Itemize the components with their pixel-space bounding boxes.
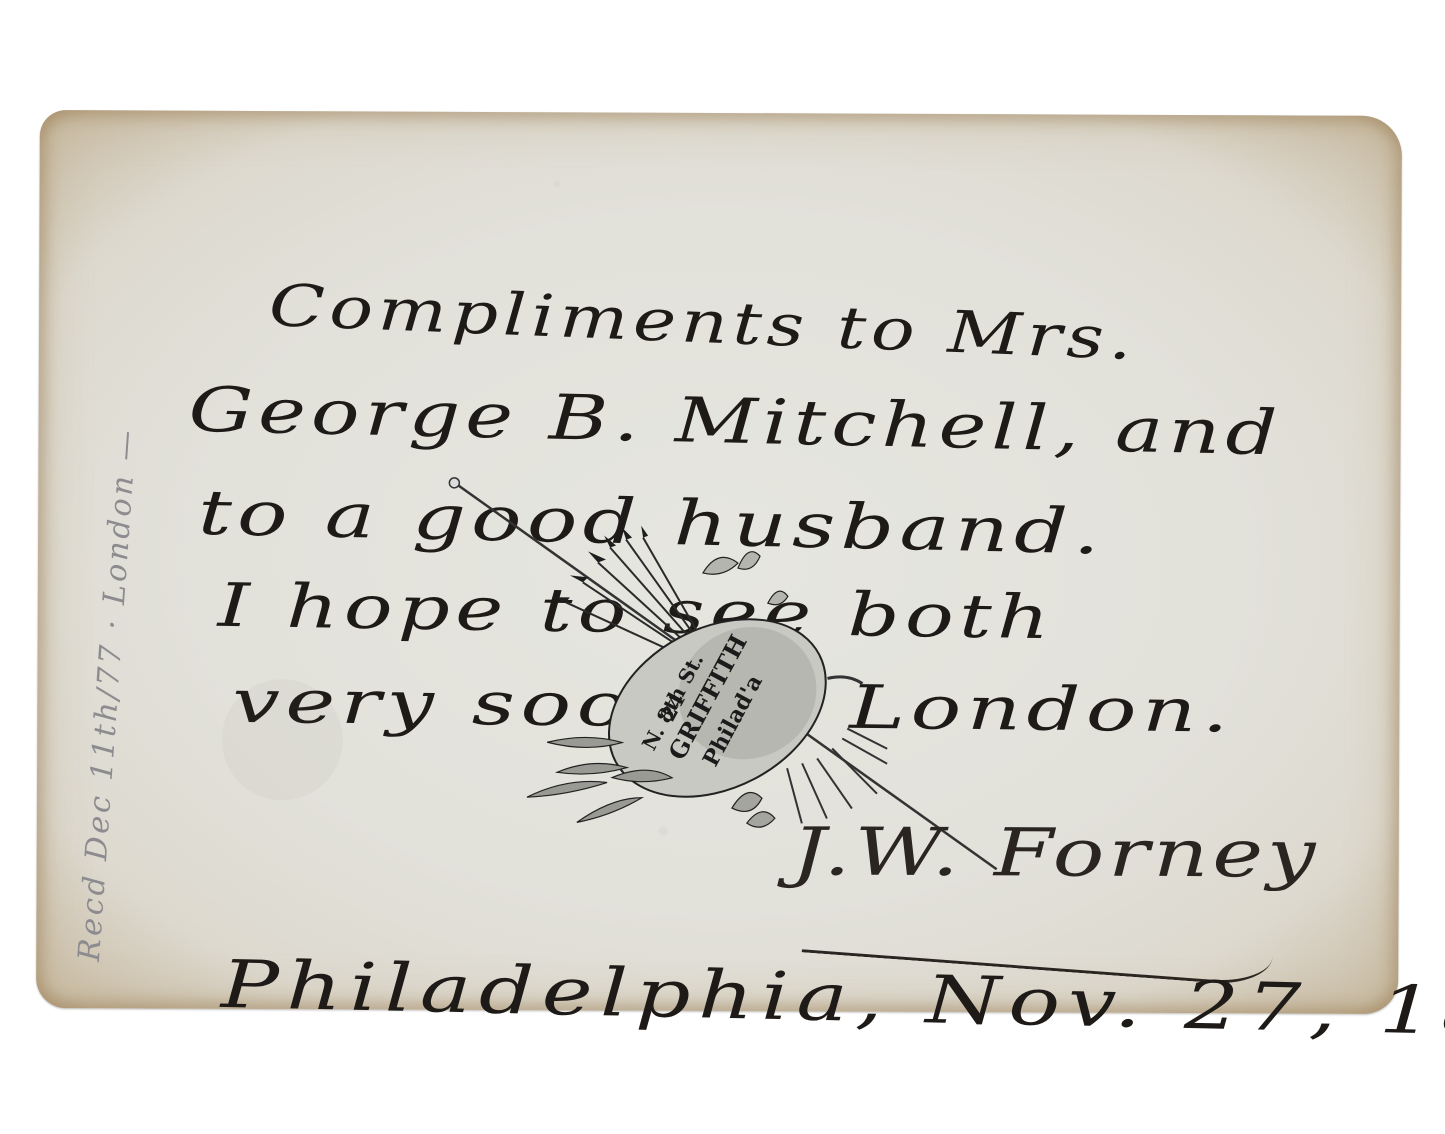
- letter-line-1: Compliments to Mrs.: [268, 271, 1138, 373]
- letter-line-2: George B. Mitchell, and: [188, 373, 1283, 470]
- autograph-card: Compliments to Mrs. George B. Mitchell, …: [36, 110, 1402, 1014]
- signature: J.W. Forney: [792, 813, 1320, 892]
